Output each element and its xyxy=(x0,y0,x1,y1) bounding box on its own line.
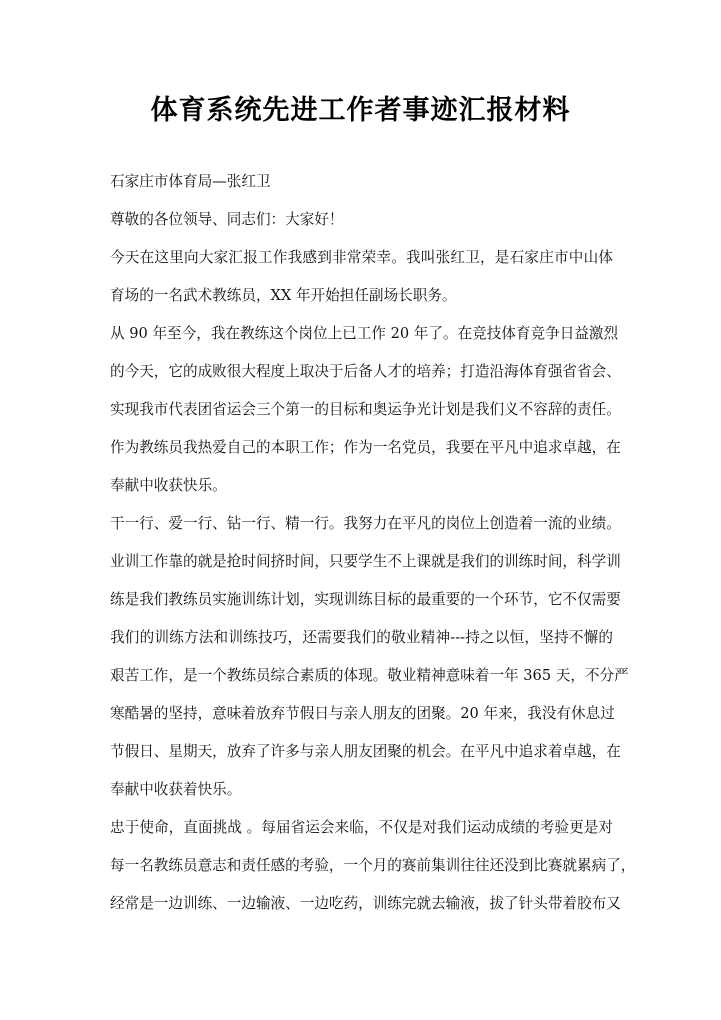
text-line: 实现我市代表团省运会三个第一的目标和奥运争光计划是我们义不容辞的责任。 xyxy=(110,400,613,420)
text-line: 忠于使命，直面挑战 。每届省运会来临，不仅是对我们运动成绩的考验更是对 xyxy=(110,818,613,838)
text-line: 艰苦工作，是一个教练员综合素质的体现。敬业精神意味着一年 365 天，不分严 xyxy=(110,666,613,686)
text-line: 作为教练员我热爱自己的本职工作；作为一名党员，我要在平凡中追求卓越，在 xyxy=(110,438,613,458)
text-line: 寒酷暑的坚持，意味着放弃节假日与亲人朋友的团聚。20 年来，我没有休息过 xyxy=(110,704,613,724)
text-line: 的今天，它的成败很大程度上取决于后备人才的培养；打造沿海体育强省省会、 xyxy=(110,362,613,382)
text-line: 经常是一边训练、一边输液、一边吃药，训练完就去输液，拔了针头带着胶布又 xyxy=(110,894,613,914)
text-line: 石家庄市体育局—张红卫 xyxy=(110,172,613,192)
text-line: 今天在这里向大家汇报工作我感到非常荣幸。我叫张红卫，是石家庄市中山体 xyxy=(110,248,613,268)
text-line: 奉献中收获着快乐。 xyxy=(110,780,613,800)
text-line: 业训工作靠的就是抢时间挤时间，只要学生不上课就是我们的训练时间，科学训 xyxy=(110,552,613,572)
text-line: 每一名教练员意志和责任感的考验，一个月的赛前集训往往还没到比赛就累病了， xyxy=(110,856,613,876)
text-line: 奉献中收获快乐。 xyxy=(110,476,613,496)
text-line: 练是我们教练员实施训练计划，实现训练目标的最重要的一个环节，它不仅需要 xyxy=(110,590,613,610)
text-line: 从 90 年至今，我在教练这个岗位上已工作 20 年了。在竞技体育竞争日益激烈 xyxy=(110,324,613,344)
document-title: 体育系统先进工作者事迹汇报材料 xyxy=(0,88,721,127)
text-line: 尊敬的各位领导、同志们：大家好！ xyxy=(110,210,613,230)
text-line: 干一行、爱一行、钻一行、精一行。我努力在平凡的岗位上创造着一流的业绩。 xyxy=(110,514,613,534)
text-line: 我们的训练方法和训练技巧，还需要我们的敬业精神---持之以恒，坚持不懈的 xyxy=(110,628,613,648)
text-line: 育场的一名武术教练员，XX 年开始担任副场长职务。 xyxy=(110,286,613,306)
text-line: 节假日、星期天，放弃了许多与亲人朋友团聚的机会。在平凡中追求着卓越，在 xyxy=(110,742,613,762)
